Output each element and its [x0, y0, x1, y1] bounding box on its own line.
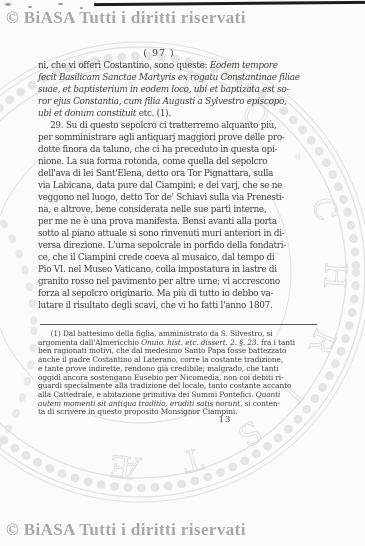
text-line: nione. La sua forma rotonda, come quella… — [38, 156, 303, 168]
text-line: ubi et donum constituit etc. (1). — [38, 108, 303, 120]
text-line: per me ne è una prova manifesta. Bensì a… — [38, 216, 303, 228]
text-line: na, e altrove, bene considerata nelle su… — [38, 204, 303, 216]
signature-mark: 13 — [180, 415, 270, 425]
footnote-rule — [40, 324, 317, 325]
watermark-bottom: © BiASA Tutti i diritti riservati — [6, 520, 246, 540]
text-line: via Labicana, data pure dal Ciampini; e … — [38, 180, 303, 192]
text-line: dotte finora da taluno, che ci ha preced… — [38, 144, 303, 156]
page-number: ( 97 ) — [38, 48, 280, 59]
text-line: veggono nel luogo, detto Tor de' Schiavi… — [38, 192, 303, 204]
scan-speck — [58, 3, 63, 5]
text-line: lutare il risultato degli scavi, che vi … — [38, 300, 303, 312]
text-line: forza al sepolcro originario. Ma più di … — [38, 288, 303, 300]
text-line: ror ejus Constantia, cum filia Augusti a… — [38, 96, 303, 108]
scan-speck — [5, 3, 11, 6]
text-line: sotto al piano attuale si sono rinvenuti… — [38, 228, 303, 240]
footnote-text: (1) Dal battesimo della figlia, amminist… — [38, 330, 323, 417]
text-line: Pio VI. nel Museo Vaticano, colla impost… — [38, 264, 303, 276]
text-line: suae, et baptisterium in eodem loco, ubi… — [38, 84, 303, 96]
left-stamp-fragment — [0, 128, 34, 532]
text-line: 29. Su di questo sepolcro ci tratterremo… — [38, 120, 303, 132]
text-line: per somministrare agli antiquarj maggior… — [38, 132, 303, 144]
text-line: ta di scrivere in questo proposito Monsi… — [38, 408, 314, 417]
text-line: versa direzione. L'urna sepolcrale in po… — [38, 240, 303, 252]
text-line: dell'ava di lei Sant'Elena, detto ora To… — [38, 168, 303, 180]
body-text: ni, che vi offerì Costantino, sono quest… — [38, 60, 323, 312]
watermark-top: © BiASA Tutti i diritti riservati — [6, 8, 246, 28]
text-line: granito rosso nel pavimento per altre ur… — [38, 276, 303, 288]
text-line: ni, che vi offerì Costantino, sono quest… — [38, 60, 303, 72]
text-line: fecit Basilicam Sanctae Martyris ex roga… — [38, 72, 303, 84]
text-line: ce, che il Ciampini crede coeva al musai… — [38, 252, 303, 264]
